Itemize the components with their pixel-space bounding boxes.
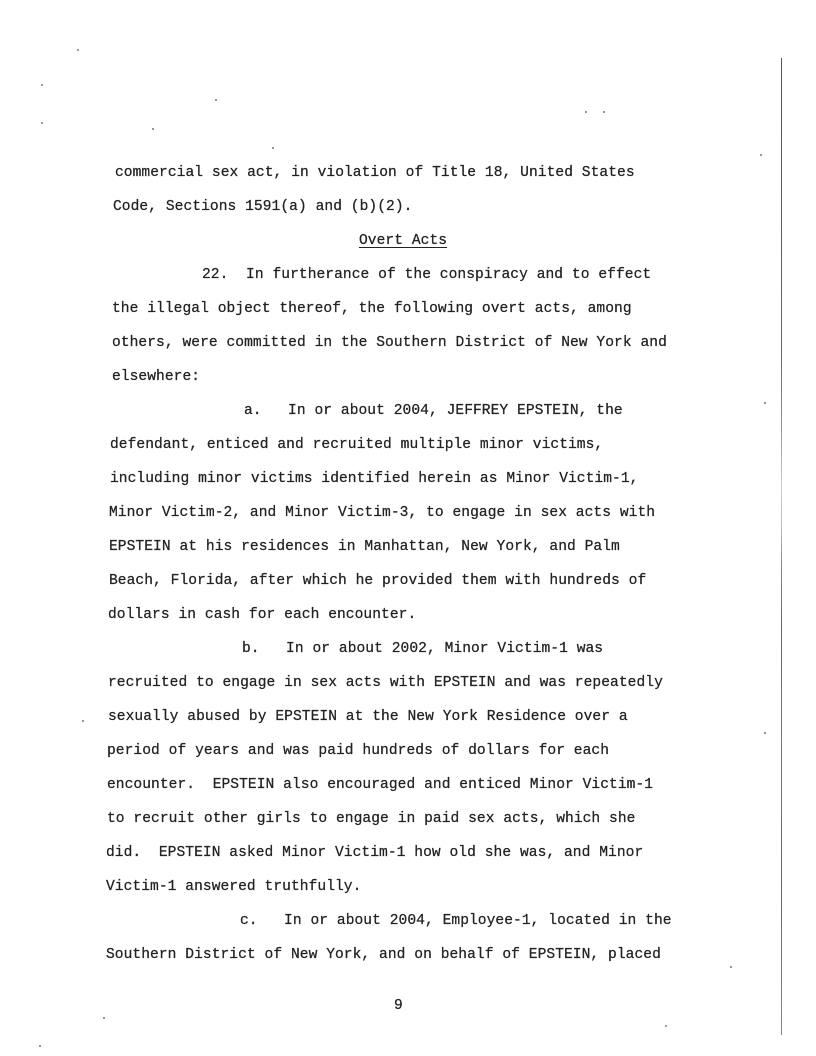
body-text-line: EPSTEIN at his residences in Manhattan, … bbox=[109, 538, 620, 556]
scan-speck bbox=[39, 1045, 41, 1047]
body-text-line: defendant, enticed and recruited multipl… bbox=[110, 436, 603, 454]
subparagraph-b-start: b. In or about 2002, Minor Victim-1 was bbox=[242, 640, 603, 658]
body-text-line: elsewhere: bbox=[112, 368, 200, 386]
scan-speck bbox=[41, 122, 43, 124]
scan-speck bbox=[82, 720, 84, 722]
body-text-line: others, were committed in the Southern D… bbox=[112, 334, 667, 352]
scan-speck bbox=[760, 154, 762, 156]
body-text-line: Minor Victim-2, and Minor Victim-3, to e… bbox=[109, 504, 655, 522]
body-text-line: period of years and was paid hundreds of… bbox=[107, 742, 609, 760]
subparagraph-a-start: a. In or about 2004, JEFFREY EPSTEIN, th… bbox=[244, 402, 623, 420]
scan-speck bbox=[77, 49, 79, 51]
body-text-line: Southern District of New York, and on be… bbox=[106, 946, 661, 964]
scan-speck bbox=[585, 111, 587, 113]
scan-speck bbox=[764, 732, 766, 734]
body-text-line: Beach, Florida, after which he provided … bbox=[109, 572, 646, 590]
body-text-line: recruited to engage in sex acts with EPS… bbox=[108, 674, 663, 692]
scan-speck bbox=[152, 128, 154, 130]
subparagraph-c-start: c. In or about 2004, Employee-1, located… bbox=[240, 912, 672, 930]
scan-speck bbox=[41, 84, 43, 86]
body-text-line: commercial sex act, in violation of Titl… bbox=[115, 164, 635, 182]
scan-speck bbox=[665, 1025, 667, 1027]
body-text-line: Code, Sections 1591(a) and (b)(2). bbox=[113, 198, 412, 216]
section-heading: Overt Acts bbox=[359, 232, 447, 250]
page-number: 9 bbox=[394, 997, 403, 1015]
scan-speck bbox=[730, 966, 732, 968]
body-text-line: Victim-1 answered truthfully. bbox=[106, 878, 361, 896]
document-page: commercial sex act, in violation of Titl… bbox=[0, 0, 816, 1056]
body-text-line: sexually abused by EPSTEIN at the New Yo… bbox=[108, 708, 628, 726]
scan-speck bbox=[103, 1017, 105, 1019]
body-text-line: including minor victims identified herei… bbox=[110, 470, 638, 488]
paragraph-start: 22. In furtherance of the conspiracy and… bbox=[202, 266, 651, 284]
body-text-line: the illegal object thereof, the followin… bbox=[112, 300, 632, 318]
body-text-line: dollars in cash for each encounter. bbox=[108, 606, 416, 624]
scan-speck bbox=[272, 147, 274, 149]
body-text-line: did. EPSTEIN asked Minor Victim-1 how ol… bbox=[106, 844, 643, 862]
body-text-line: encounter. EPSTEIN also encouraged and e… bbox=[107, 776, 653, 794]
scan-speck bbox=[215, 99, 217, 101]
margin-rule bbox=[781, 58, 782, 1035]
scan-speck bbox=[764, 402, 766, 404]
scan-speck bbox=[603, 111, 605, 113]
body-text-line: to recruit other girls to engage in paid… bbox=[107, 810, 635, 828]
